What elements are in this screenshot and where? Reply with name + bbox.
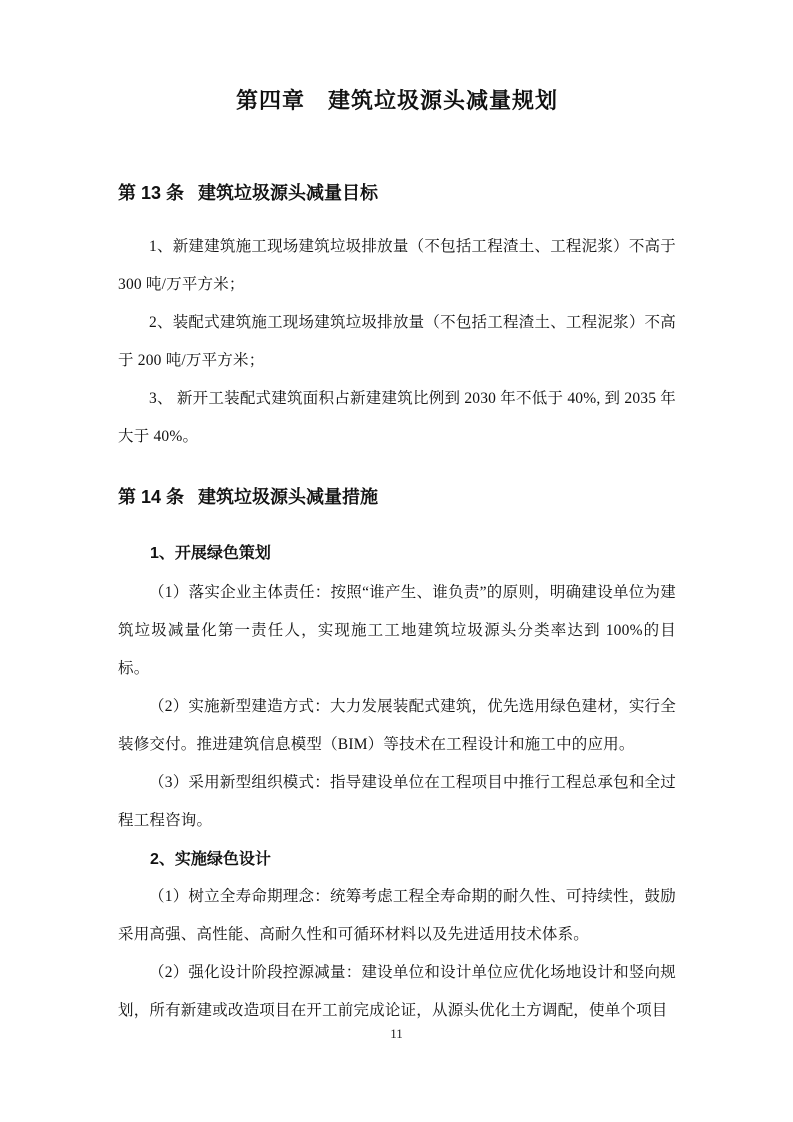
section-1-subtitle: 1、开展绿色策划 bbox=[118, 542, 676, 566]
article-13-item-1: 1、新建建筑施工现场建筑垃圾排放量（不包括工程渣土、工程泥浆）不高于 300 吨… bbox=[118, 228, 676, 304]
article-13-title: 建筑垃圾源头减量目标 bbox=[198, 180, 378, 206]
section-2-item-1: （1）树立全寿命期理念：统筹考虑工程全寿命期的耐久性、可持续性，鼓励采用高强、高… bbox=[118, 878, 676, 954]
article-13-number: 第 13 条 bbox=[118, 180, 184, 206]
article-13-heading: 第 13 条 建筑垃圾源头减量目标 bbox=[118, 180, 676, 206]
document-page: 第四章 建筑垃圾源头减量规划 第 13 条 建筑垃圾源头减量目标 1、新建建筑施… bbox=[0, 0, 793, 1122]
chapter-title: 第四章 建筑垃圾源头减量规划 bbox=[118, 86, 676, 116]
article-13-item-3: 3、 新开工装配式建筑面积占新建建筑比例到 2030 年不低于 40%, 到 2… bbox=[118, 380, 676, 456]
article-13-item-2: 2、装配式建筑施工现场建筑垃圾排放量（不包括工程渣土、工程泥浆）不高于 200 … bbox=[118, 304, 676, 380]
article-14-title: 建筑垃圾源头减量措施 bbox=[198, 484, 378, 510]
article-14-heading: 第 14 条 建筑垃圾源头减量措施 bbox=[118, 484, 676, 510]
section-2-item-2: （2）强化设计阶段控源减量：建设单位和设计单位应优化场地设计和竖向规划，所有新建… bbox=[118, 954, 676, 1030]
section-1-item-2: （2）实施新型建造方式：大力发展装配式建筑，优先选用绿色建材，实行全装修交付。推… bbox=[118, 688, 676, 764]
page-number: 11 bbox=[0, 1026, 793, 1042]
section-1-item-3: （3）采用新型组织模式：指导建设单位在工程项目中推行工程总承包和全过程工程咨询。 bbox=[118, 764, 676, 840]
article-14-number: 第 14 条 bbox=[118, 484, 184, 510]
section-2-subtitle: 2、实施绿色设计 bbox=[118, 848, 676, 872]
section-1-item-1: （1）落实企业主体责任：按照“谁产生、谁负责”的原则，明确建设单位为建筑垃圾减量… bbox=[118, 574, 676, 688]
